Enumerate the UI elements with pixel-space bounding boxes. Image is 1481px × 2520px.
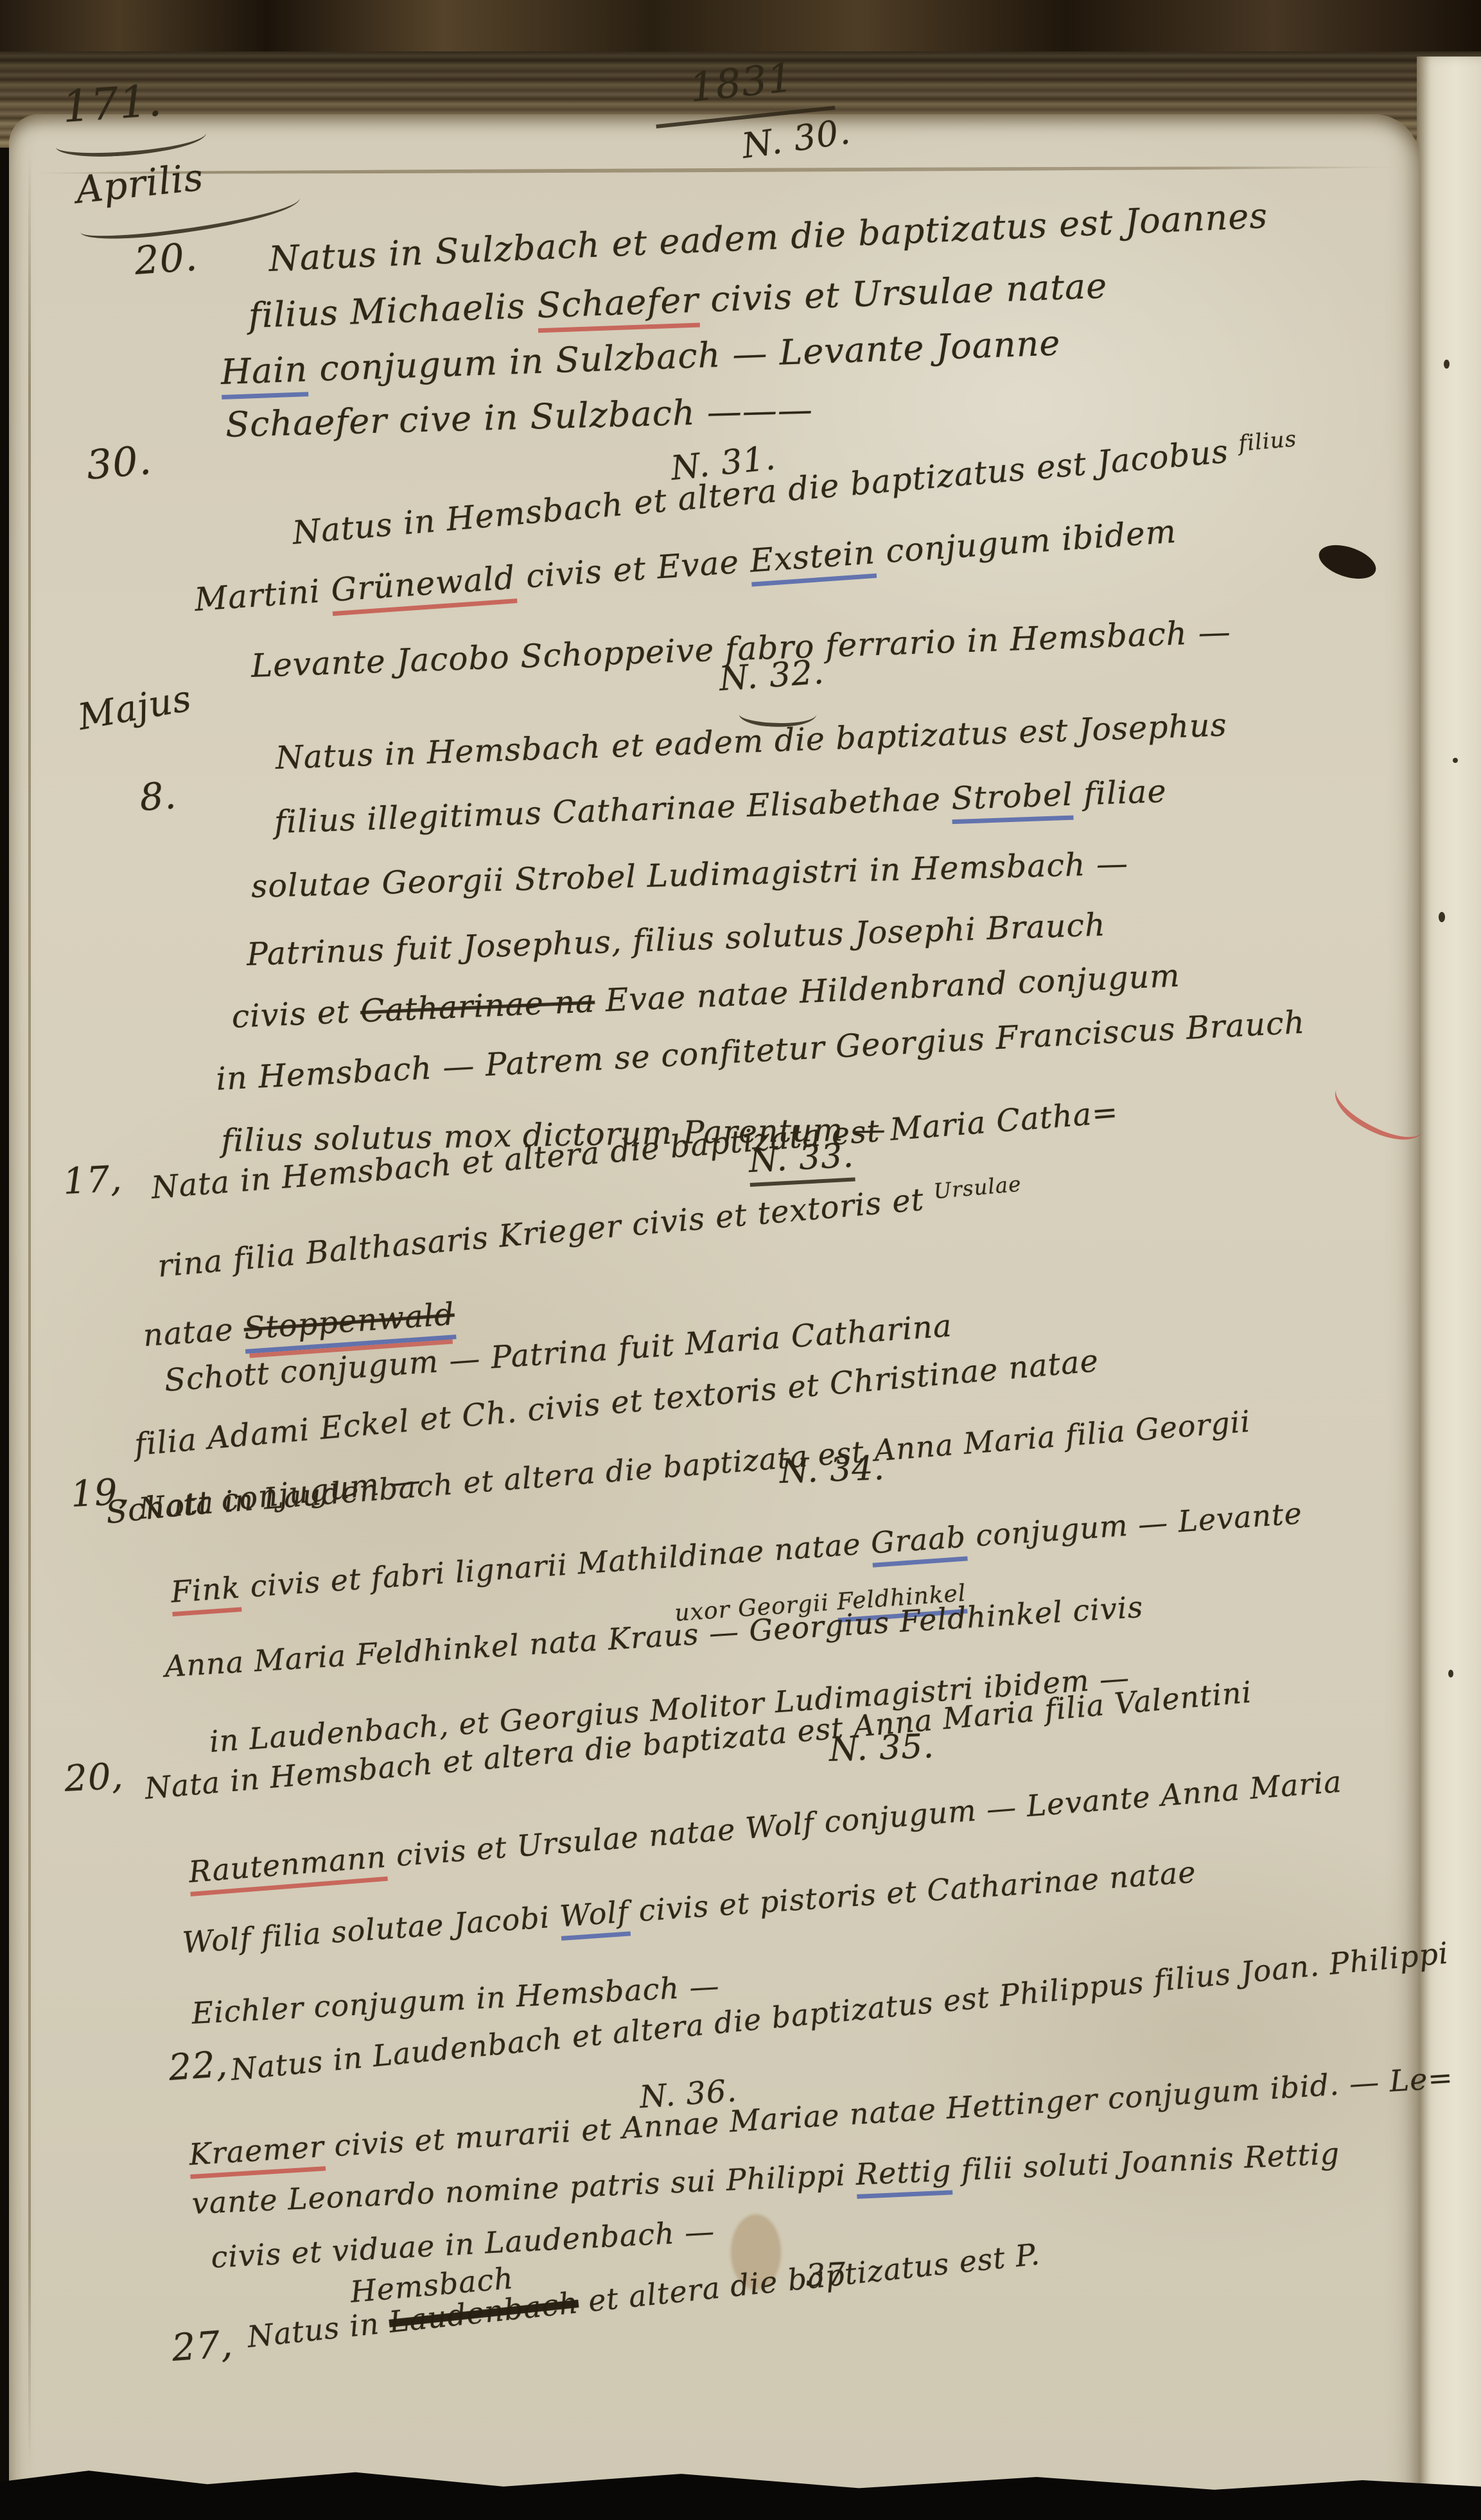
margin-day-8: 8. <box>138 773 178 819</box>
surname-graab-blue-underlined: Graab <box>870 1519 967 1568</box>
surname-wolf-blue-underlined: Wolf <box>559 1894 631 1941</box>
entry-32-line-5a: civis et <box>231 993 362 1035</box>
margin-day-27: 27, <box>170 2322 234 2370</box>
ink-speck <box>1453 758 1458 763</box>
margin-day-20b: 20, <box>64 1755 125 1800</box>
next-page-edge <box>1417 57 1481 2520</box>
margin-day-17: 17, <box>62 1158 123 1203</box>
entry-32-line-2c: filiae <box>1073 773 1168 813</box>
book-binding-top <box>0 0 1481 59</box>
entry-number-32: N. 32. <box>718 653 826 699</box>
ink-speck <box>1439 912 1445 922</box>
surname-strobel-blue-underlined: Strobel <box>951 776 1073 825</box>
entry-31-filius-superscript: filius <box>1238 426 1298 457</box>
manuscript-scan: 171. 1831 N. 30. Aprilis 20. Natus in Su… <box>0 0 1481 2520</box>
surname-hain-blue-underlined: Hain <box>220 349 309 399</box>
left-fold-line <box>28 154 31 2466</box>
entry-33-line-3a: natae <box>142 1311 245 1354</box>
surname-fink-red-underlined: Fink <box>170 1570 241 1616</box>
margin-day-22: 22, <box>167 2043 229 2089</box>
ink-speck <box>1444 360 1450 369</box>
surname-kraemer-red-underlined: Kraemer <box>188 2129 326 2179</box>
ink-speck <box>1448 1670 1453 1677</box>
surname-schaefer-red-underlined: Schaefer <box>536 280 699 333</box>
margin-day-30: 30. <box>85 436 154 489</box>
margin-day-20: 20. <box>133 234 199 284</box>
surname-exstein-blue-underlined: Exstein <box>749 534 877 586</box>
margin-day-19: 19, <box>70 1471 131 1516</box>
surname-rettig-blue-underlined: Rettig <box>855 2153 952 2198</box>
